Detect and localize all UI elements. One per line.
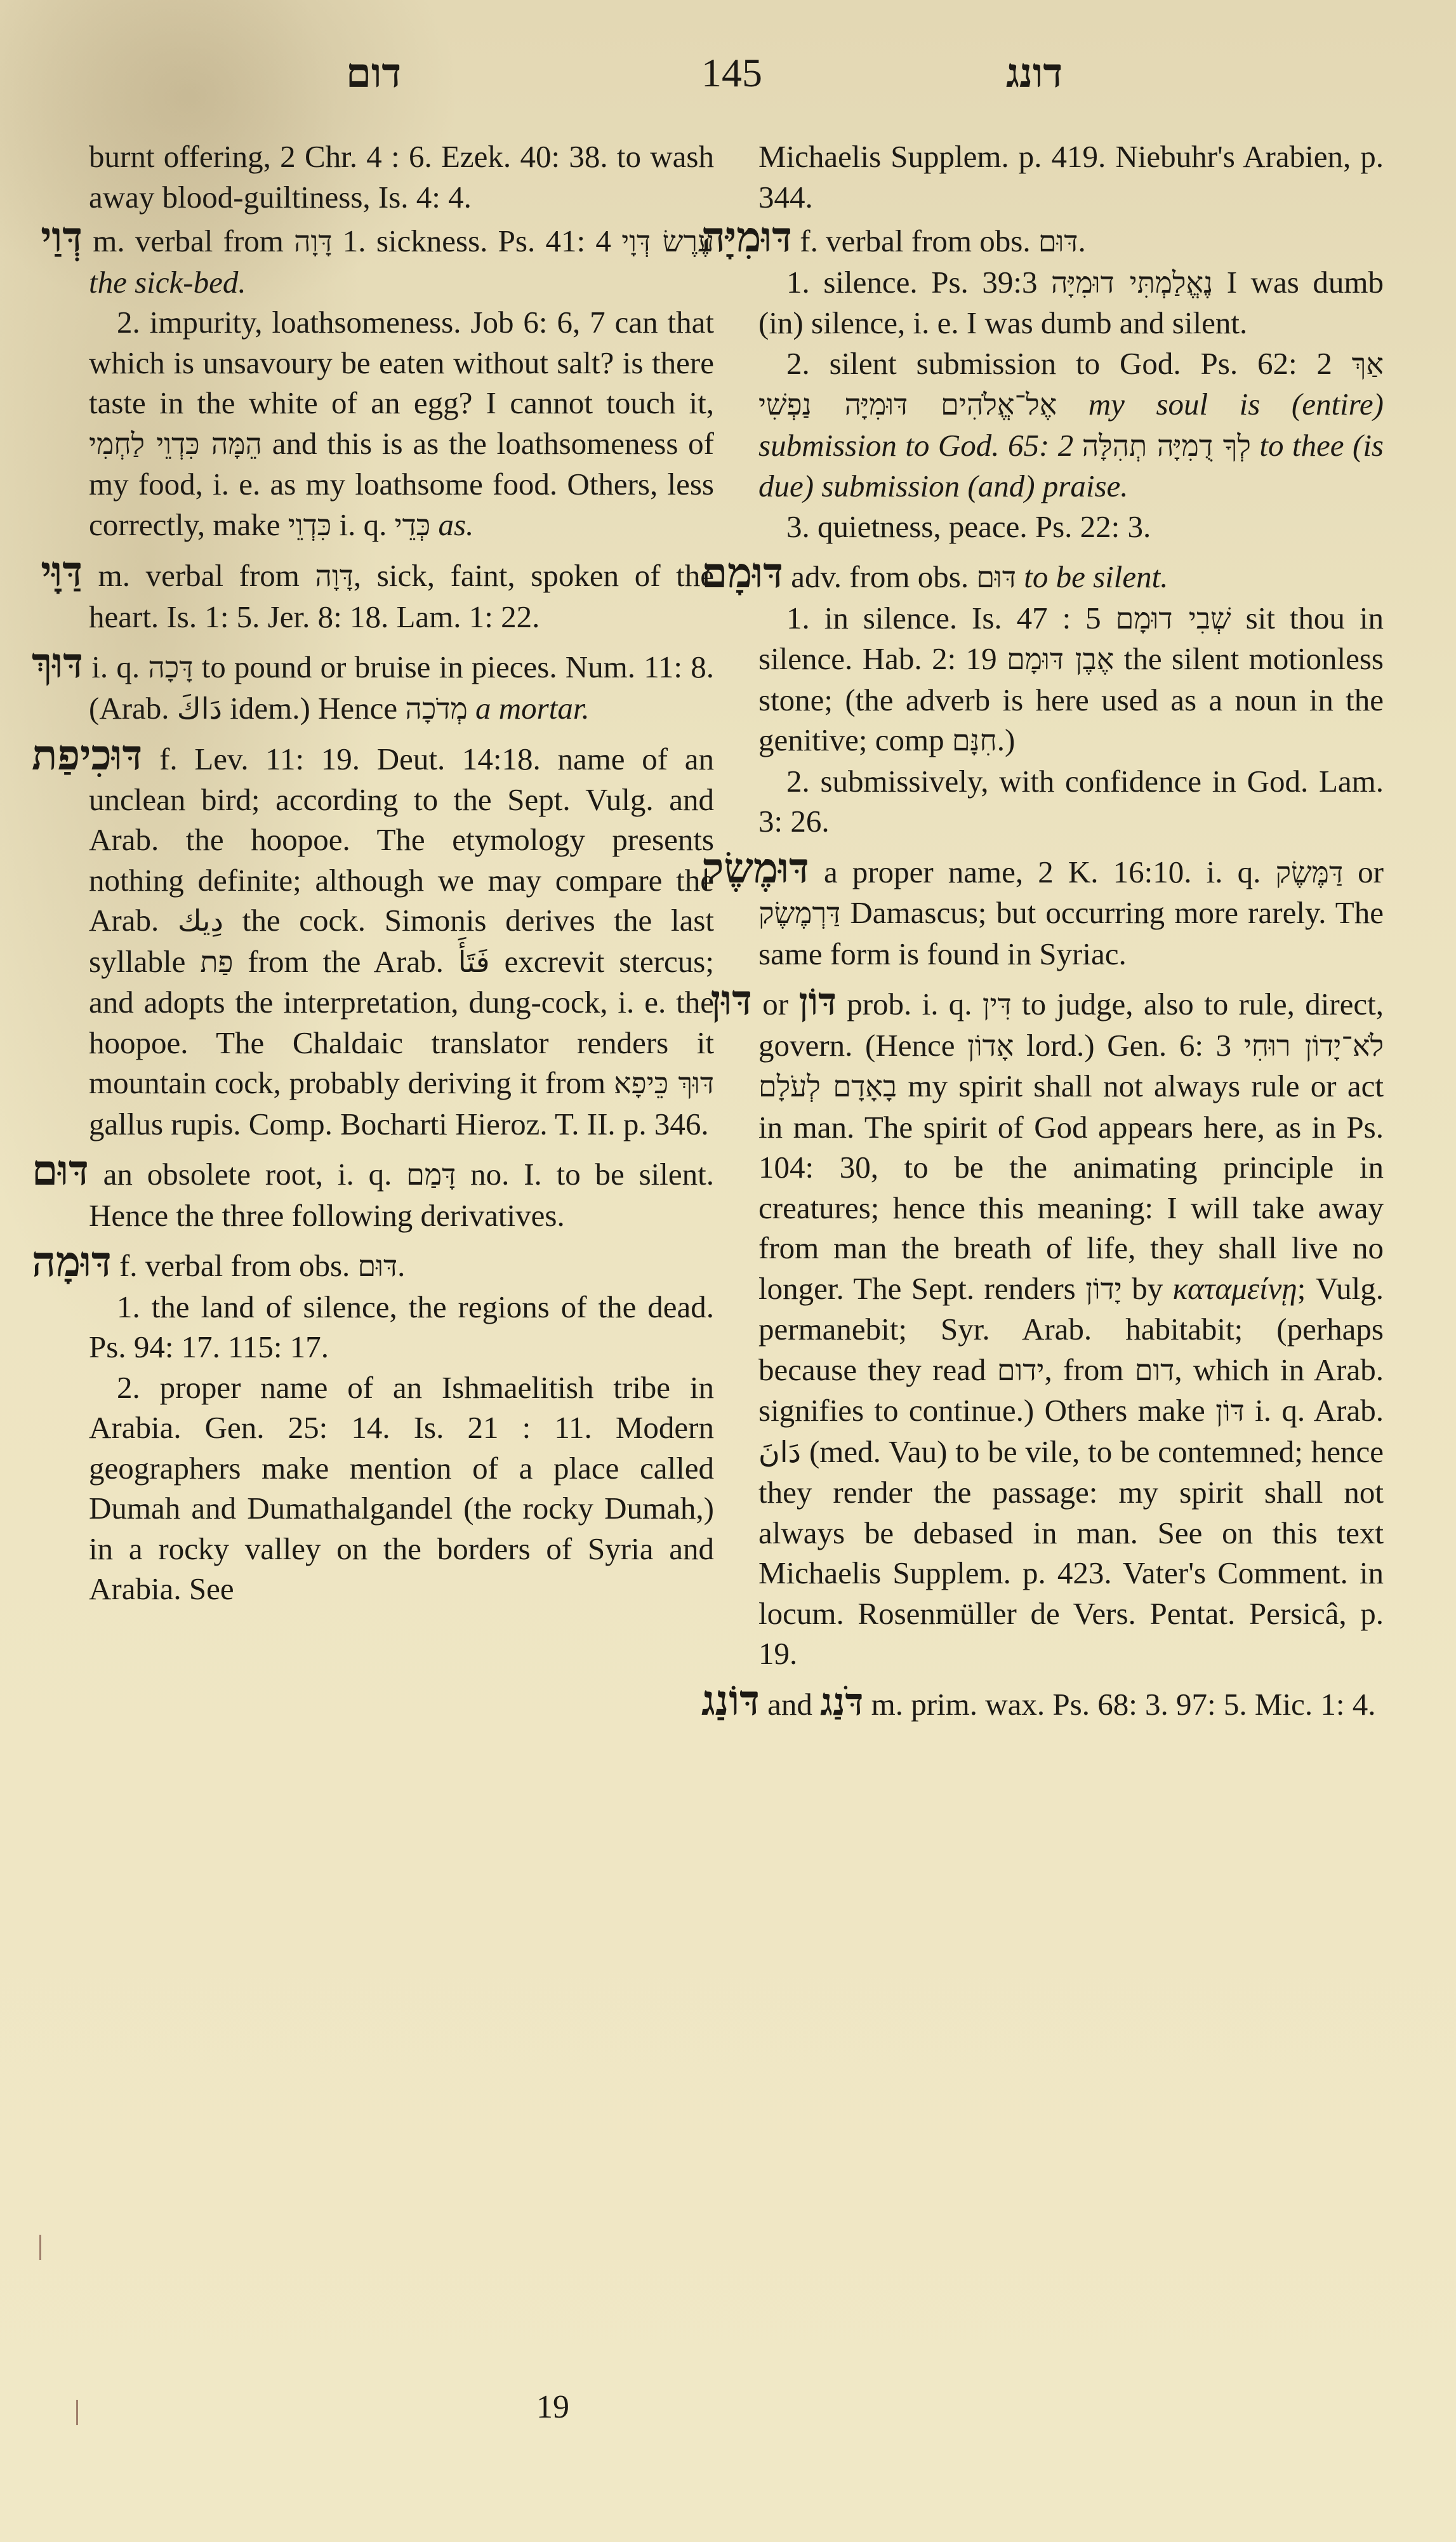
entry-gloss: the sick-bed.: [89, 265, 246, 300]
entry-text: .: [397, 1248, 405, 1283]
entry-text: gallus rupis. Comp. Bocharti Hieroz. T. …: [89, 1107, 709, 1141]
signature-mark: 19: [536, 2388, 569, 2426]
entry-text: (med. Vau) to be vile, to be contemned; …: [758, 1434, 1384, 1672]
sense-1: 1. in silence. Is. 47 : 5 שְׁבִי דוּמָם …: [758, 598, 1384, 761]
hebrew-term: דִּין: [983, 987, 1012, 1021]
running-head: דום 145 דונג: [0, 50, 1456, 100]
hebrew-term: יָדוֹן: [1085, 1272, 1122, 1306]
dictionary-entry: דּוּמָם adv. from obs. דּוּם to be silen…: [758, 553, 1384, 842]
entry-text: idem.) Hence: [222, 691, 405, 726]
continuation-text: burnt offering, 2 Chr. 4 : 6. Ezek. 40: …: [89, 136, 714, 217]
hebrew-term: מְדֹכָה: [405, 691, 467, 726]
entry-gloss: to be silent.: [1016, 559, 1168, 594]
hebrew-term: דּוּם: [976, 560, 1016, 594]
entry-text: an obsolete root, i. q.: [103, 1157, 407, 1192]
dictionary-entry: דּוּמֶשֶׂק a proper name, 2 K. 16:10. i.…: [758, 848, 1384, 975]
entry-text: my spirit shall not always rule or act i…: [758, 1068, 1384, 1306]
headword: דּוּךְ: [32, 643, 83, 684]
hebrew-term: דַּרְמֶשֶׂק: [758, 896, 840, 930]
entry-text: m. verbal from: [93, 223, 294, 258]
arabic-term: فَتَأَ: [458, 945, 490, 979]
dictionary-entry: דַּוָּי m. verbal from דָּוָה, sick, fai…: [89, 552, 714, 637]
dictionary-entry: דּוּן or דּוֹן prob. i. q. דִּין to judg…: [758, 980, 1384, 1674]
headword: דּוּמִיָּה: [701, 217, 792, 258]
entry-text: i. q. Arab.: [1245, 1393, 1384, 1428]
sense-2: 2. submissively, with confidence in God.…: [758, 761, 1384, 842]
entry-text: 1. sickness. Ps. 41: 4: [333, 223, 622, 258]
sense-1: 1. the land of silence, the regions of t…: [89, 1287, 714, 1367]
arabic-term: دَانَ: [758, 1435, 801, 1469]
hebrew-term: הֵמָּה כִּדְוֵי לַחְמִי: [89, 427, 262, 461]
arabic-term: دِيك: [178, 903, 223, 938]
entry-text: lord.) Gen. 6: 3: [1014, 1028, 1243, 1063]
hebrew-term: שְׁבִי דוּמָם: [1116, 601, 1231, 635]
hebrew-term: דּוּם: [358, 1249, 398, 1283]
entry-text: by: [1122, 1271, 1173, 1306]
entry-text: or: [752, 987, 798, 1021]
dictionary-entry: דּוּמָה f. verbal from obs. דּוּם. 1. th…: [89, 1242, 714, 1609]
hebrew-term: ידום: [997, 1353, 1045, 1387]
entry-text: Damascus; but occurring more rarely. The…: [758, 895, 1384, 971]
dictionary-entry: דּוּךְ i. q. דָּכָה to pound or bruise i…: [89, 643, 714, 729]
headword: דּוּכִיפַת: [32, 735, 142, 776]
headword: דּוּם: [32, 1150, 89, 1191]
entry-gloss: as.: [430, 507, 473, 542]
entry-text: or: [1343, 855, 1384, 889]
entry-text: .): [997, 722, 1016, 757]
sense-3: 3. quietness, peace. Ps. 22: 3.: [758, 507, 1384, 547]
entry-gloss: a mortar.: [468, 691, 590, 726]
entry-text: 2. silent submission to God. Ps. 62: 2: [786, 346, 1352, 381]
headword: דּוּן: [701, 980, 752, 1021]
hebrew-term: דּוֹן: [1215, 1394, 1245, 1428]
entry-text: i. q.: [331, 507, 394, 542]
entry-text: f. verbal from obs.: [119, 1248, 358, 1283]
sense-2: 2. silent submission to God. Ps. 62: 2 א…: [758, 343, 1384, 507]
headword: דַּוָּי: [32, 552, 83, 592]
entry-text: i. q.: [91, 649, 148, 684]
hebrew-term: דּוּם: [1038, 224, 1078, 258]
greek-term: καταμείνῃ: [1173, 1271, 1297, 1306]
hebrew-term: דּוּךְ כֵּיפָא: [614, 1066, 714, 1100]
headword: דּוּמָם: [701, 553, 783, 594]
entry-text: 2. impurity, loathsomeness. Job 6: 6, 7 …: [89, 305, 714, 420]
entry-text: f. verbal from obs.: [800, 223, 1038, 258]
hebrew-term: נֶאֱלַמְתִּי דוּמִיָּה: [1051, 265, 1213, 300]
arabic-term: دَاكَ: [177, 691, 222, 726]
entry-text: m. prim. wax. Ps. 68: 3. 97: 5. Mic. 1: …: [863, 1687, 1375, 1722]
hebrew-term: דָּמַם: [406, 1157, 456, 1192]
left-column: burnt offering, 2 Chr. 4 : 6. Ezek. 40: …: [89, 136, 714, 1609]
entry-text: a proper name, 2 K. 16:10. i. q.: [824, 855, 1276, 889]
dictionary-entry: דְּוַי m. verbal from דָּוָה 1. sickness…: [89, 217, 714, 545]
dictionary-entry: דּוֹנַג and דֹּנַג m. prim. wax. Ps. 68:…: [758, 1680, 1384, 1725]
entry-text: .: [1078, 223, 1085, 258]
page-number: 145: [701, 50, 762, 96]
hebrew-term: אֶבֶן דּוּמָם: [1007, 642, 1114, 676]
hebrew-term: כְּדֵי: [395, 508, 431, 542]
sense-2: 2. proper name of an Ishmaelitish tribe …: [89, 1367, 714, 1609]
hebrew-term: אָדוֹן: [967, 1028, 1014, 1063]
hebrew-term: עֶרֶשׂ דְּוָי: [621, 224, 714, 258]
hebrew-term: חִנָּם: [952, 723, 997, 757]
margin-blemish: [76, 2400, 78, 2425]
hebrew-term: דַּמֶּשֶׂק: [1275, 855, 1343, 889]
entry-text: , from: [1044, 1352, 1134, 1387]
headword: דּוּמֶשֶׂק: [701, 848, 809, 889]
entry-text: prob. i. q.: [837, 987, 983, 1021]
entry-text: m. verbal from: [98, 558, 315, 593]
hebrew-term: כִּדְוֵי: [288, 508, 331, 542]
entry-text: adv. from obs.: [791, 559, 976, 594]
running-head-right-word: דונג: [1006, 50, 1062, 97]
hebrew-term: פַת: [200, 945, 233, 979]
dictionary-entry: דּוּכִיפַת f. Lev. 11: 19. Deut. 14:18. …: [89, 735, 714, 1144]
entry-text: 1. silence. Ps. 39:3: [786, 265, 1051, 300]
entry-text: 1. in silence. Is. 47 : 5: [786, 601, 1116, 635]
right-column: Michaelis Supplem. p. 419. Niebuhr's Ara…: [758, 136, 1384, 1724]
headword-alt: דֹּנַג: [820, 1680, 863, 1724]
margin-blemish: [39, 2235, 41, 2260]
running-head-left-word: דום: [346, 50, 401, 97]
headword-alt: דּוֹן: [798, 980, 837, 1024]
hebrew-term: לְךָ דֻמִיָּה תְהִלָּה: [1082, 429, 1251, 463]
continuation-text: Michaelis Supplem. p. 419. Niebuhr's Ara…: [758, 136, 1384, 217]
dictionary-entry: דּוּמִיָּה f. verbal from obs. דּוּם. 1.…: [758, 217, 1384, 547]
hebrew-term: דָּוָה: [315, 559, 354, 593]
hebrew-term: דום: [1135, 1353, 1175, 1387]
hebrew-term: דָּכָה: [148, 650, 193, 684]
headword: דּוֹנַג: [701, 1680, 760, 1721]
sense-2: 2. impurity, loathsomeness. Job 6: 6, 7 …: [89, 302, 714, 545]
dictionary-entry: דּוּם an obsolete root, i. q. דָּמַם no.…: [89, 1150, 714, 1235]
hebrew-term: דָּוָה: [294, 224, 332, 258]
entry-text: from the Arab.: [233, 944, 458, 979]
headword: דּוּמָה: [32, 1242, 112, 1282]
entry-text: and: [760, 1687, 820, 1722]
sense-1: 1. silence. Ps. 39:3 נֶאֱלַמְתִּי דוּמִי…: [758, 262, 1384, 343]
headword: דְּוַי: [32, 217, 83, 258]
